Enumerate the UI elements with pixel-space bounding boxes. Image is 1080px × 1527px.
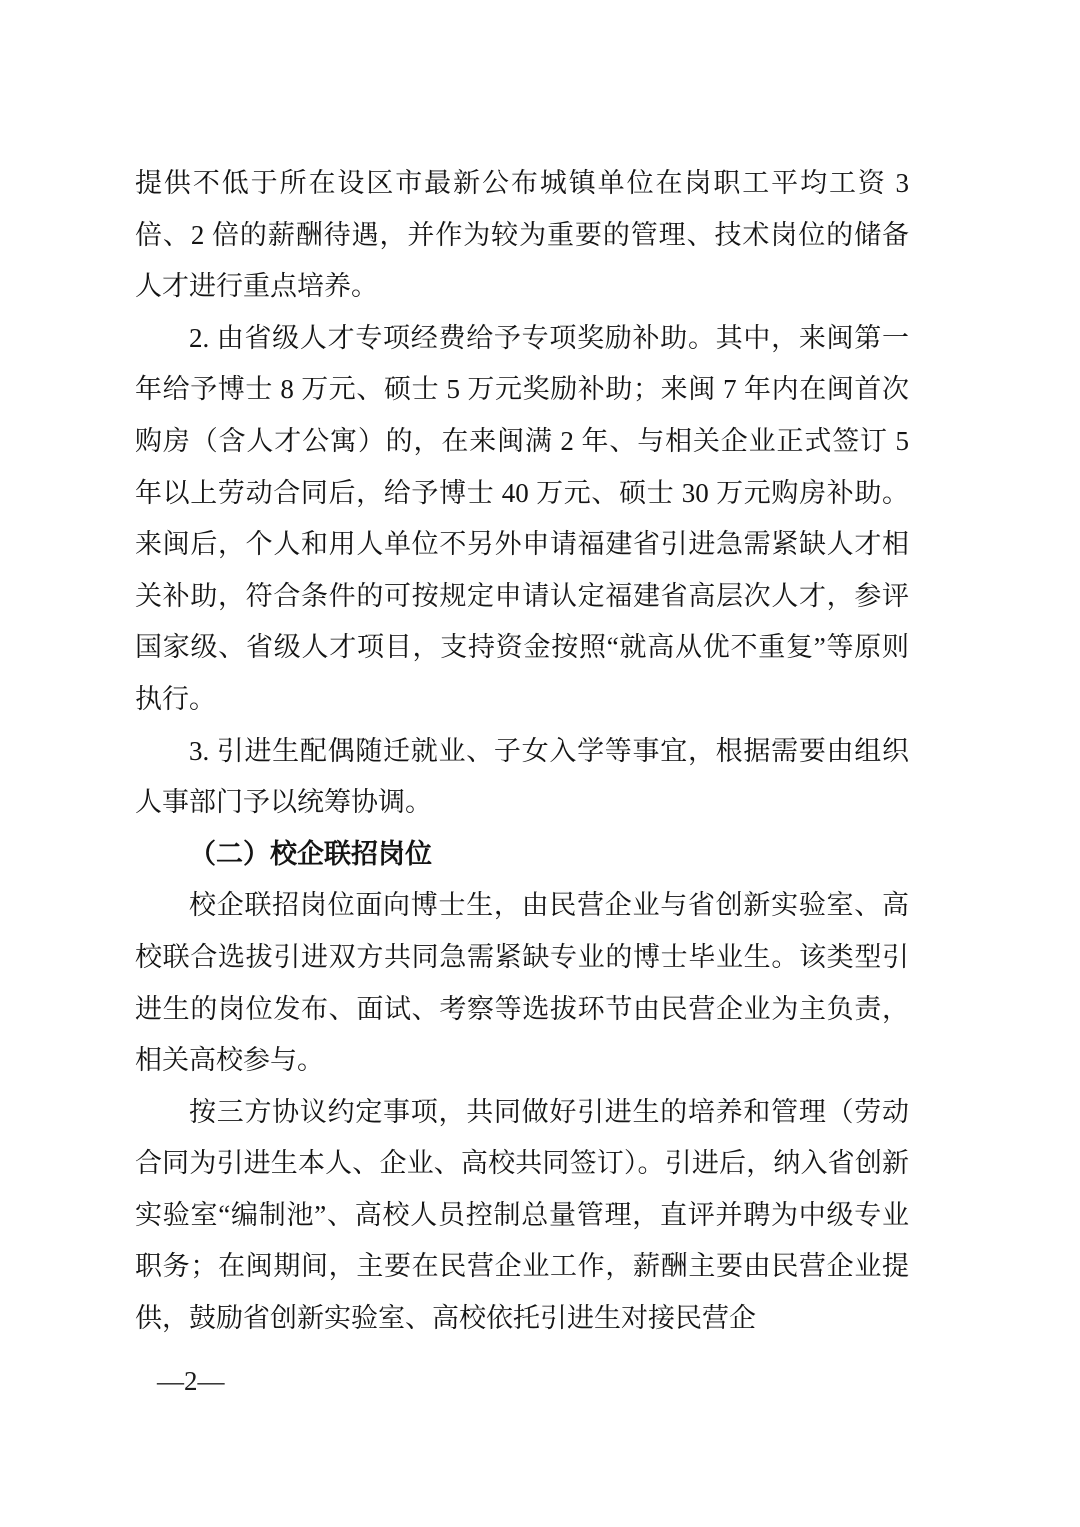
section-heading: （二）校企联招岗位: [135, 829, 909, 881]
page-number: —2—: [157, 1364, 225, 1398]
body-paragraph-item-3: 3. 引进生配偶随迁就业、子女入学等事宜，根据需要由组织人事部门予以统筹协调。: [135, 726, 909, 829]
document-body: 提供不低于所在设区市最新公布城镇单位在岗职工平均工资 3 倍、2 倍的薪酬待遇，…: [135, 158, 909, 1345]
body-paragraph: 校企联招岗位面向博士生，由民营企业与省创新实验室、高校联合选拔引进双方共同急需紧…: [135, 880, 909, 1086]
document-page: 提供不低于所在设区市最新公布城镇单位在岗职工平均工资 3 倍、2 倍的薪酬待遇，…: [0, 0, 1080, 1527]
body-paragraph-continuation: 提供不低于所在设区市最新公布城镇单位在岗职工平均工资 3 倍、2 倍的薪酬待遇，…: [135, 158, 909, 313]
body-paragraph-item-2: 2. 由省级人才专项经费给予专项奖励补助。其中，来闽第一年给予博士 8 万元、硕…: [135, 313, 909, 726]
body-paragraph: 按三方协议约定事项，共同做好引进生的培养和管理（劳动合同为引进生本人、企业、高校…: [135, 1087, 909, 1345]
